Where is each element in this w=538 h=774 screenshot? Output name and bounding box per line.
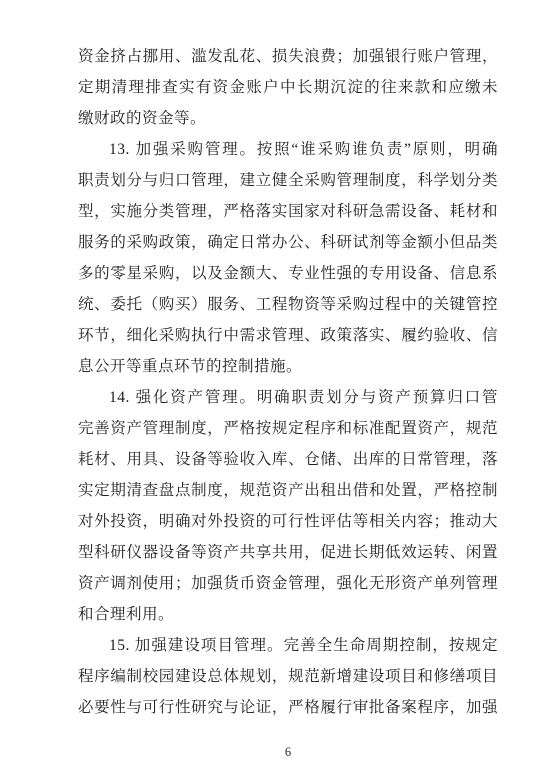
text-line: 定期清理排查实有资金账户中长期沉淀的往来款和应缴未 [78,72,498,103]
text-line: 完善资产管理制度，严格按规定程序和标准配置资产，规范 [78,413,498,444]
text-line: 必要性与可行性研究与论证，严格履行审批备案程序，加强 [78,692,498,723]
paragraph-14: 14. 强化资产管理。明确职责划分与资产预算归口管理， 完善资产管理制度，严格按… [78,382,498,630]
text-line: 对外投资，明确对外投资的可行性评估等相关内容；推动大 [78,506,498,537]
document-body: 资金挤占挪用、滥发乱花、损失浪费；加强银行账户管理， 定期清理排查实有资金账户中… [78,41,498,723]
text-line: 型，实施分类管理，严格落实国家对科研急需设备、耗材和 [78,196,498,227]
text-line: 实定期清查盘点制度，规范资产出租出借和处置，严格控制 [78,475,498,506]
text-line: 资金挤占挪用、滥发乱花、损失浪费；加强银行账户管理， [78,41,498,72]
text-line: 缴财政的资金等。 [78,103,498,134]
text-line: 14. 强化资产管理。明确职责划分与资产预算归口管理， [78,382,498,413]
text-line: 息公开等重点环节的控制措施。 [78,351,498,382]
text-line: 资产调剂使用；加强货币资金管理，强化无形资产单列管理 [78,568,498,599]
text-line: 服务的采购政策，确定日常办公、科研试剂等金额小但品类 [78,227,498,258]
text-line: 多的零星采购，以及金额大、专业性强的专用设备、信息系 [78,258,498,289]
text-line: 职责划分与归口管理，建立健全采购管理制度，科学划分类 [78,165,498,196]
paragraph-13: 13. 加强采购管理。按照“谁采购谁负责”原则，明确 职责划分与归口管理，建立健… [78,134,498,382]
text-line: 13. 加强采购管理。按照“谁采购谁负责”原则，明确 [78,134,498,165]
text-line: 统、委托（购买）服务、工程物资等采购过程中的关键管控 [78,289,498,320]
document-page: 资金挤占挪用、滥发乱花、损失浪费；加强银行账户管理， 定期清理排查实有资金账户中… [0,0,538,774]
page-number: 6 [78,742,498,762]
text-line: 环节，细化采购执行中需求管理、政策落实、履约验收、信 [78,320,498,351]
text-line: 15. 加强建设项目管理。完善全生命周期控制，按规定 [78,630,498,661]
paragraph-continuation: 资金挤占挪用、滥发乱花、损失浪费；加强银行账户管理， 定期清理排查实有资金账户中… [78,41,498,134]
paragraph-15: 15. 加强建设项目管理。完善全生命周期控制，按规定 程序编制校园建设总体规划，… [78,630,498,723]
text-line: 和合理利用。 [78,599,498,630]
text-line: 耗材、用具、设备等验收入库、仓储、出库的日常管理，落 [78,444,498,475]
text-line: 型科研仪器设备等资产共享共用，促进长期低效运转、闲置 [78,537,498,568]
text-line: 程序编制校园建设总体规划，规范新增建设项目和修缮项目 [78,661,498,692]
